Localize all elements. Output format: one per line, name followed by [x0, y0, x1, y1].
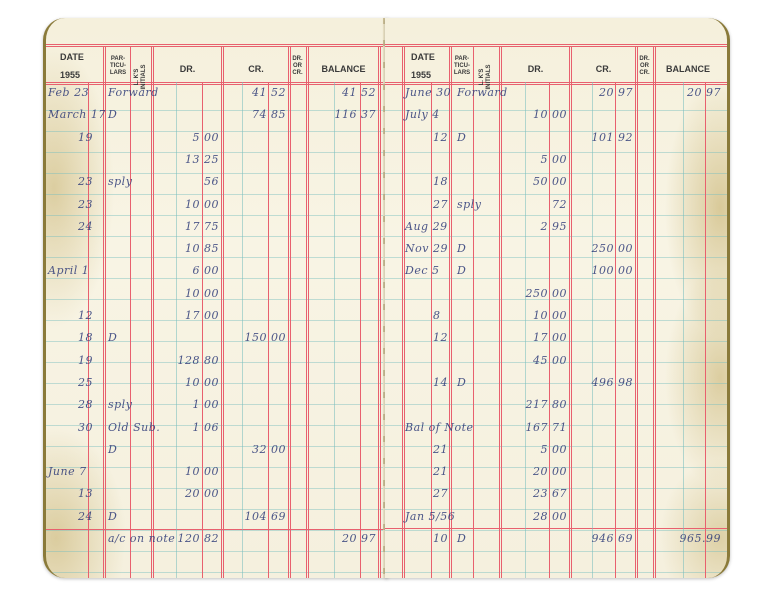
header-cr: CR. — [572, 64, 635, 74]
particulars-rule — [473, 46, 474, 578]
date-cell: 18 — [433, 175, 448, 188]
particulars-cell: D — [457, 264, 466, 277]
date-cell: 23 — [78, 198, 93, 211]
date-cell: April 1 — [48, 264, 89, 277]
ledger-page-right: DATE 1955 PAR- TICU- LARS L. K'S INITIAL… — [385, 18, 730, 578]
date-cell: 14 — [433, 376, 448, 389]
cr-amount: 100 00 — [592, 264, 634, 277]
header-particulars: PAR- TICU- LARS — [451, 56, 473, 77]
dr-amount: 10 00 — [185, 376, 219, 389]
date-cell: 10 — [433, 532, 448, 545]
cr-amount: 41 52 — [252, 86, 286, 99]
dr-amount: 128 80 — [178, 354, 220, 367]
dr-amount: 17 00 — [533, 331, 567, 344]
cr-guide — [242, 82, 243, 578]
dr-amount: 2 95 — [541, 220, 568, 233]
particulars-cell: sply — [457, 198, 481, 211]
dr-amount: 45 00 — [533, 354, 567, 367]
date-rule — [449, 46, 452, 578]
cr-amount: 32 00 — [252, 443, 286, 456]
date-cell: 12 — [433, 331, 448, 344]
particulars-cell: D — [108, 331, 117, 344]
drcr-rule — [653, 46, 656, 578]
dr-amount: 250 00 — [526, 287, 568, 300]
header-date: DATE — [60, 52, 84, 62]
particulars-cell: sply — [108, 175, 132, 188]
dr-amount: 56 — [204, 175, 219, 188]
particulars-cell: sply — [108, 398, 132, 411]
dr-amount: 10 00 — [185, 287, 219, 300]
cr-rule — [635, 46, 638, 578]
date-cell: 23 — [78, 175, 93, 188]
initials-rule — [499, 46, 502, 578]
date-cell: 24 — [78, 220, 93, 233]
dr-amount: 28 00 — [533, 510, 567, 523]
dr-amount: 10 00 — [185, 198, 219, 211]
date-cell: June 30 — [405, 86, 451, 99]
header-bottom-rule — [385, 82, 727, 85]
particulars-rule — [130, 46, 131, 578]
date-cell: Nov 29 — [405, 242, 448, 255]
dr-amount: 217 80 — [526, 398, 568, 411]
particulars-cell: D — [108, 510, 117, 523]
bal-cents-rule — [360, 82, 361, 578]
bal-guide — [683, 82, 684, 578]
date-cell: 21 — [433, 443, 448, 456]
dr-amount: 5 00 — [541, 443, 568, 456]
dr-amount: 23 67 — [533, 487, 567, 500]
date-cell: 8 — [433, 309, 441, 322]
date-cell: 21 — [433, 465, 448, 478]
particulars-cell: D — [108, 443, 117, 456]
date-cell: 12 — [433, 131, 448, 144]
header-dr: DR. — [502, 64, 569, 74]
date-cell: 24 — [78, 510, 93, 523]
header-balance: BALANCE — [309, 64, 378, 74]
date-cell: 27 — [433, 198, 448, 211]
margin-rule — [402, 46, 405, 578]
cr-amount: 150 00 — [245, 331, 287, 344]
cr-cents-rule — [615, 82, 616, 578]
balance-amount: 20 97 — [687, 86, 721, 99]
dr-amount: 72 — [552, 198, 567, 211]
particulars-cell: D — [457, 376, 466, 389]
ledger-page-left: DATE 1955 PAR- TICU- LARS L. K'S INITIAL… — [43, 18, 388, 578]
cr-amount: 250 00 — [592, 242, 634, 255]
dr-amount: 167 71 — [526, 421, 568, 434]
cr-amount: 496 98 — [592, 376, 634, 389]
particulars-cell: Forward — [457, 86, 508, 99]
dr-amount: 10 00 — [185, 465, 219, 478]
date-cell: Feb 23 — [48, 86, 89, 99]
dr-rule — [569, 46, 572, 578]
date-rule — [103, 46, 106, 578]
header-year: 1955 — [411, 70, 431, 80]
dr-amount: 10 85 — [185, 242, 219, 255]
dr-amount: 17 75 — [185, 220, 219, 233]
particulars-cell: Old Sub. — [108, 421, 160, 434]
date-day-rule — [88, 82, 89, 578]
dr-amount: 10 00 — [533, 108, 567, 121]
header-cr: CR. — [224, 64, 288, 74]
dr-amount: 1 00 — [193, 398, 220, 411]
header-date: DATE — [411, 52, 435, 62]
dr-amount: 20 00 — [185, 487, 219, 500]
date-cell: 13 — [78, 487, 93, 500]
dr-amount: 5 00 — [193, 131, 220, 144]
drcr-rule — [306, 46, 309, 578]
dr-amount: 5 00 — [541, 153, 568, 166]
date-cell: 27 — [433, 487, 448, 500]
balance-amount: 41 52 — [342, 86, 376, 99]
date-day-rule — [431, 82, 432, 578]
header-bottom-rule — [46, 82, 388, 85]
cr-amount: 101 92 — [592, 131, 634, 144]
total-rule — [46, 529, 388, 530]
particulars-cell: a/c on note — [108, 532, 175, 545]
dr-rule — [221, 46, 224, 578]
date-cell: July 4 — [405, 108, 440, 121]
balance-amount: 965.99 — [680, 532, 722, 545]
cr-amount: 74 85 — [252, 108, 286, 121]
date-cell: Jan 5/56 — [405, 510, 455, 523]
date-cell: 19 — [78, 354, 93, 367]
initials-rule — [151, 46, 154, 578]
dr-amount: 120 82 — [178, 532, 220, 545]
date-cell: 18 — [78, 331, 93, 344]
header-dr-or-cr: DR. OR CR. — [636, 56, 653, 77]
total-rule — [385, 528, 727, 529]
particulars-cell: D — [457, 532, 466, 545]
balance-amount: 20 97 — [342, 532, 376, 545]
dr-amount: 1 06 — [193, 421, 220, 434]
particulars-cell: D — [457, 242, 466, 255]
particulars-cell: D — [457, 131, 466, 144]
date-cell: 12 — [78, 309, 93, 322]
cr-guide — [592, 82, 593, 578]
cr-amount: 104 69 — [245, 510, 287, 523]
bal-rule — [378, 46, 381, 578]
dr-amount: 20 00 — [533, 465, 567, 478]
header-particulars: PAR- TICU- LARS — [106, 56, 130, 77]
particulars-cell: Forward — [108, 86, 159, 99]
header-top-rule — [46, 44, 388, 47]
date-cell: March 17 — [48, 108, 106, 121]
dr-amount: 50 00 — [533, 175, 567, 188]
date-cell: 25 — [78, 376, 93, 389]
dr-amount: 6 00 — [193, 264, 220, 277]
header-dr: DR. — [154, 64, 221, 74]
dr-guide — [525, 82, 526, 578]
cr-amount: 946 69 — [592, 532, 634, 545]
cr-cents-rule — [268, 82, 269, 578]
bal-guide — [334, 82, 335, 578]
date-cell: 30 — [78, 421, 93, 434]
dr-amount: 10 00 — [533, 309, 567, 322]
particulars-cell: D — [108, 108, 117, 121]
cr-rule — [288, 46, 291, 578]
header-dr-or-cr: DR. OR CR. — [289, 56, 306, 77]
date-cell: Dec 5 — [405, 264, 440, 277]
date-cell: Aug 29 — [405, 220, 448, 233]
dr-amount: 13 25 — [185, 153, 219, 166]
date-cell: Bal of Note — [405, 421, 474, 434]
dr-amount: 17 00 — [185, 309, 219, 322]
header-balance: BALANCE — [656, 64, 720, 74]
balance-amount: 116 37 — [335, 108, 377, 121]
bal-cents-rule — [705, 82, 706, 578]
header-top-rule — [385, 44, 727, 47]
date-cell: 28 — [78, 398, 93, 411]
date-cell: 19 — [78, 131, 93, 144]
date-cell: June 7 — [48, 465, 87, 478]
header-year: 1955 — [60, 70, 80, 80]
dr-guide — [176, 82, 177, 578]
cr-amount: 20 97 — [599, 86, 633, 99]
